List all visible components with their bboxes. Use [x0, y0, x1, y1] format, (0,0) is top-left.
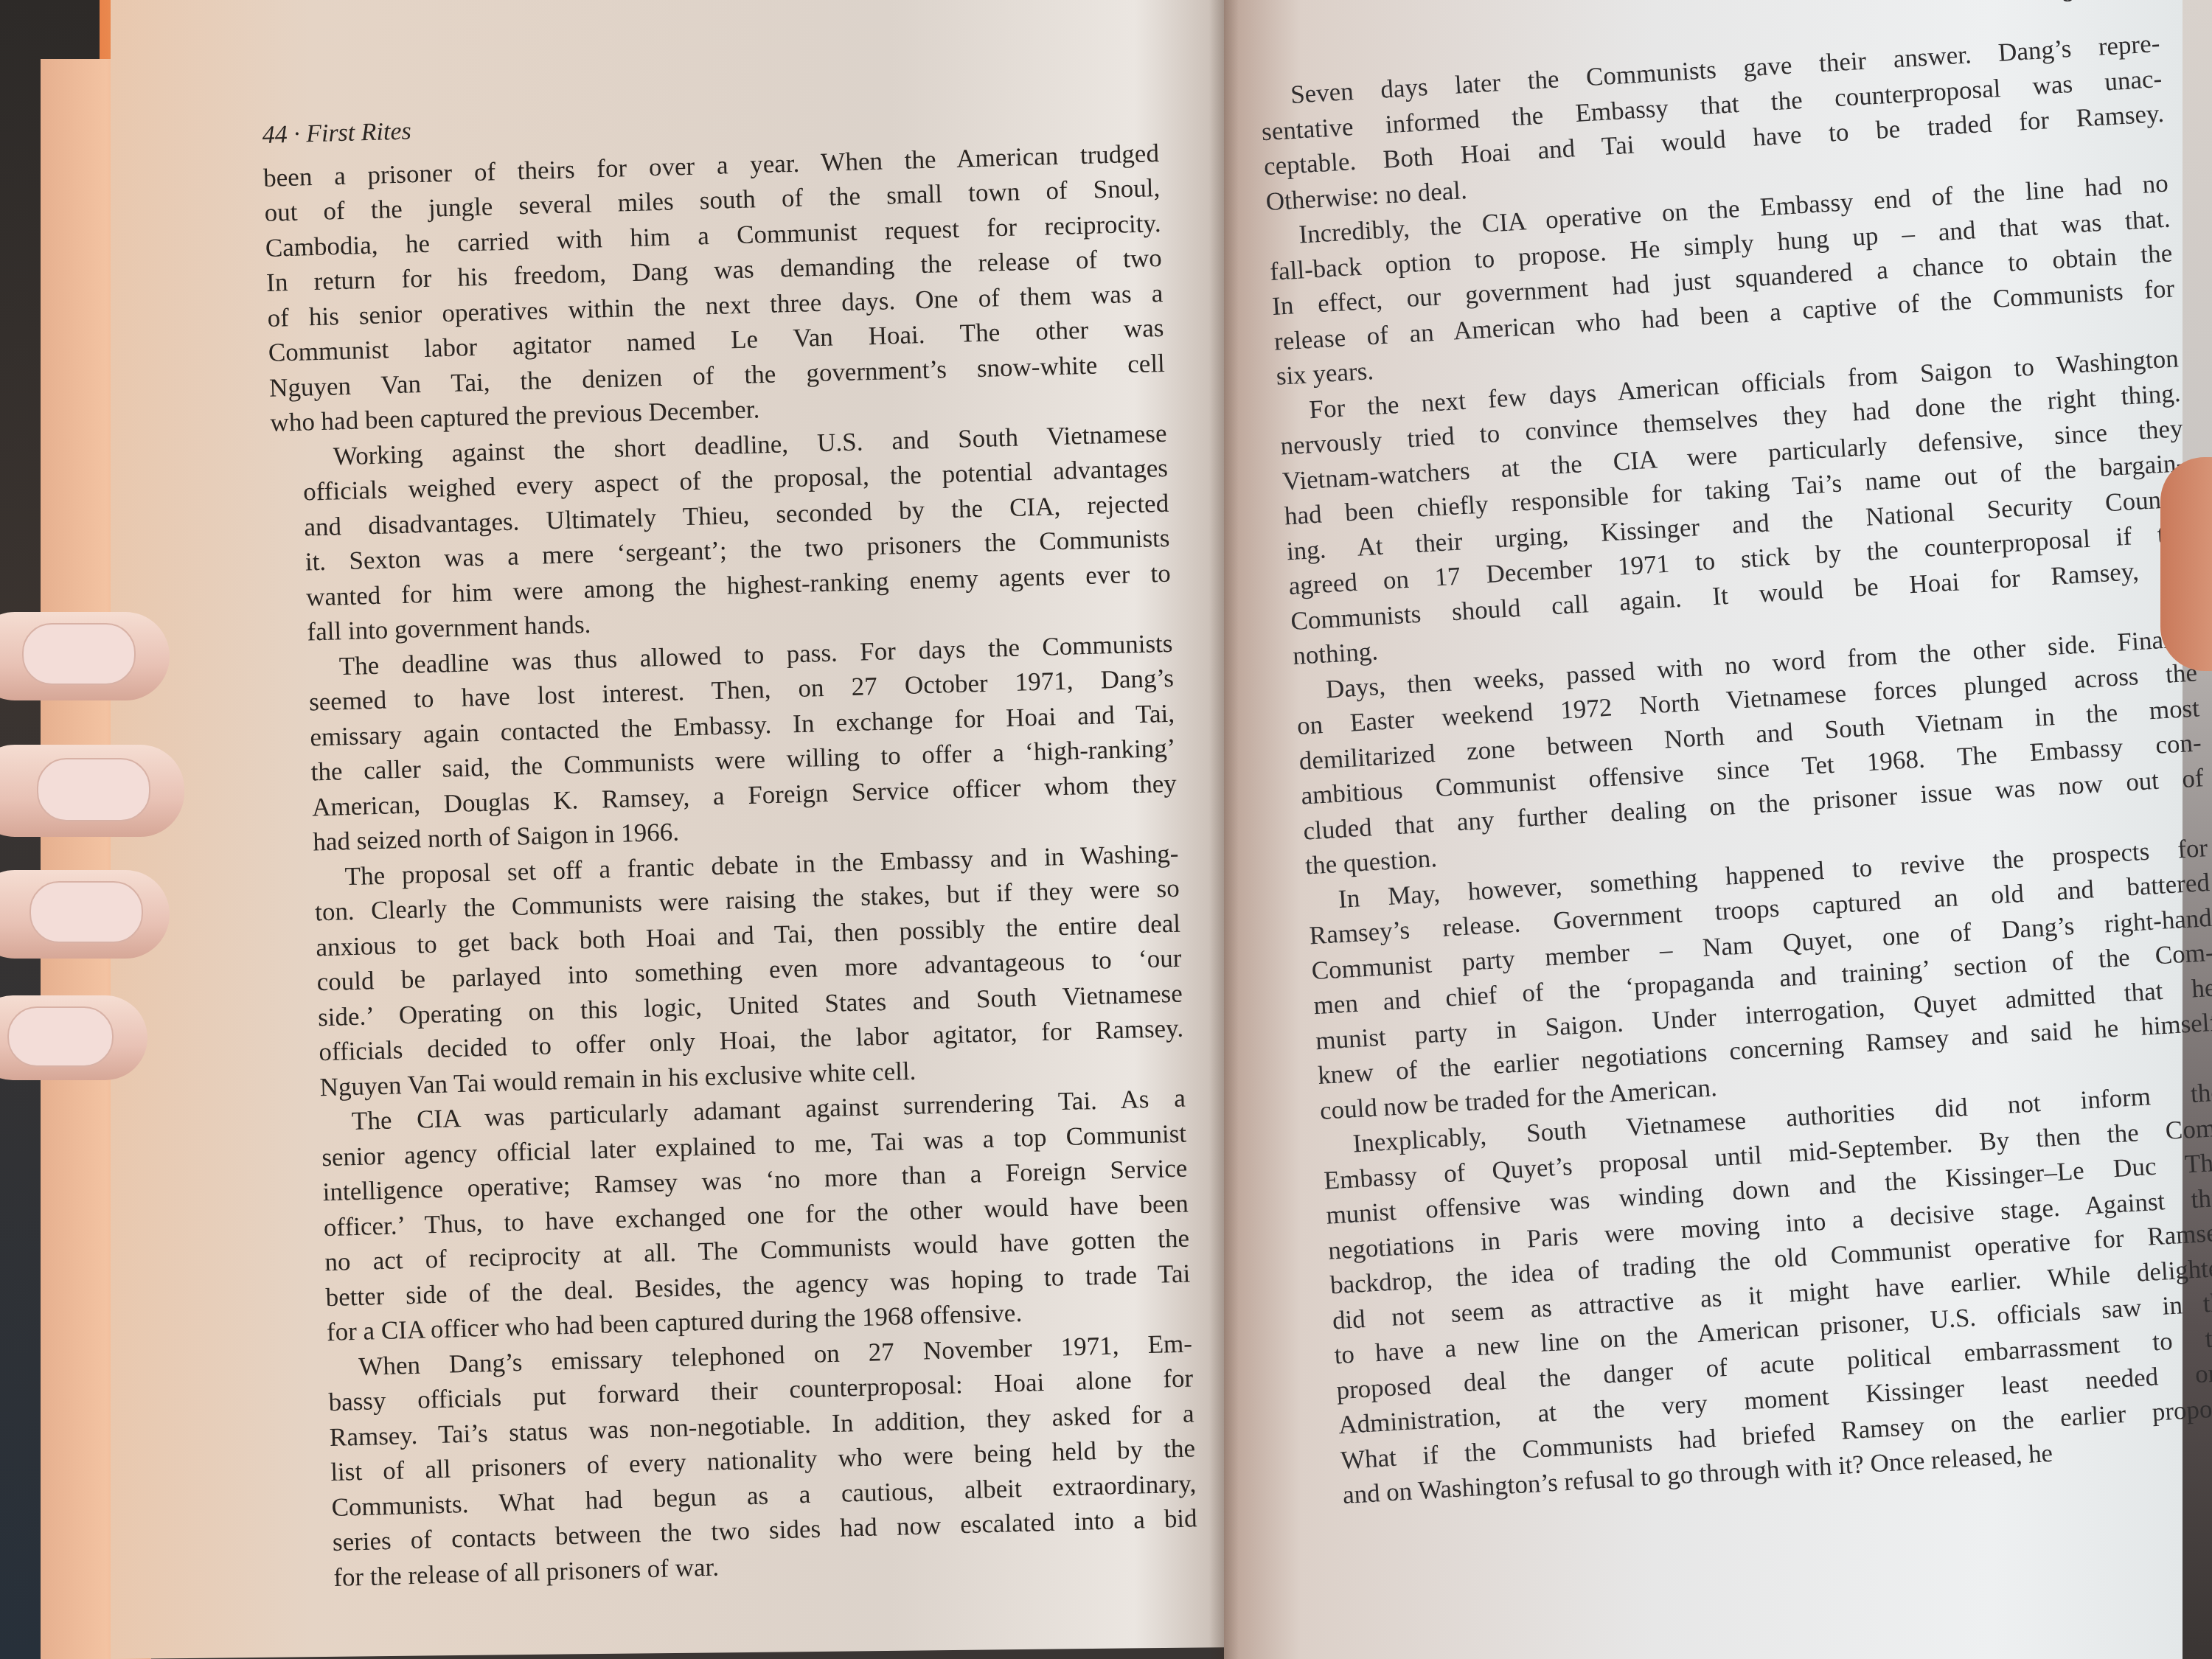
- fingernail: [29, 881, 143, 943]
- running-head-right: Interrogation · 45: [1993, 0, 2171, 7]
- paragraph: When Dang’s emissary telephoned on 27 No…: [296, 1326, 1199, 1596]
- right-paragraphs: Seven days later the Communists gave the…: [1228, 26, 2212, 1514]
- fingernail: [22, 623, 136, 685]
- thumb-right: [2160, 457, 2212, 671]
- finger: [0, 745, 184, 837]
- paragraph: Working against the short deadline, U.S.…: [271, 415, 1172, 650]
- finger: [0, 870, 170, 959]
- finger: [0, 995, 147, 1080]
- left-page-text: 44 · First Rites been a prisoner of thei…: [262, 93, 1199, 1596]
- fingernail: [37, 758, 150, 821]
- finger: [0, 612, 170, 700]
- paragraph: been a prisoner of theirs for over a yea…: [263, 136, 1166, 441]
- paragraph: For the next few days American officials…: [1246, 341, 2194, 675]
- right-page-text: Interrogation · 45 Seven days later the …: [1228, 26, 2212, 1514]
- book-gutter: [1209, 0, 1239, 1659]
- fingernail: [7, 1006, 114, 1067]
- paragraph: Inexplicably, South Vietnamese authoriti…: [1290, 1074, 2212, 1514]
- left-paragraphs: been a prisoner of theirs for over a yea…: [263, 136, 1199, 1596]
- paragraph: The CIA was particularly adamant against…: [289, 1081, 1192, 1351]
- paragraph: The proposal set off a frantic debate in…: [282, 835, 1185, 1105]
- paragraph: The deadline was thus allowed to pass. F…: [276, 625, 1178, 860]
